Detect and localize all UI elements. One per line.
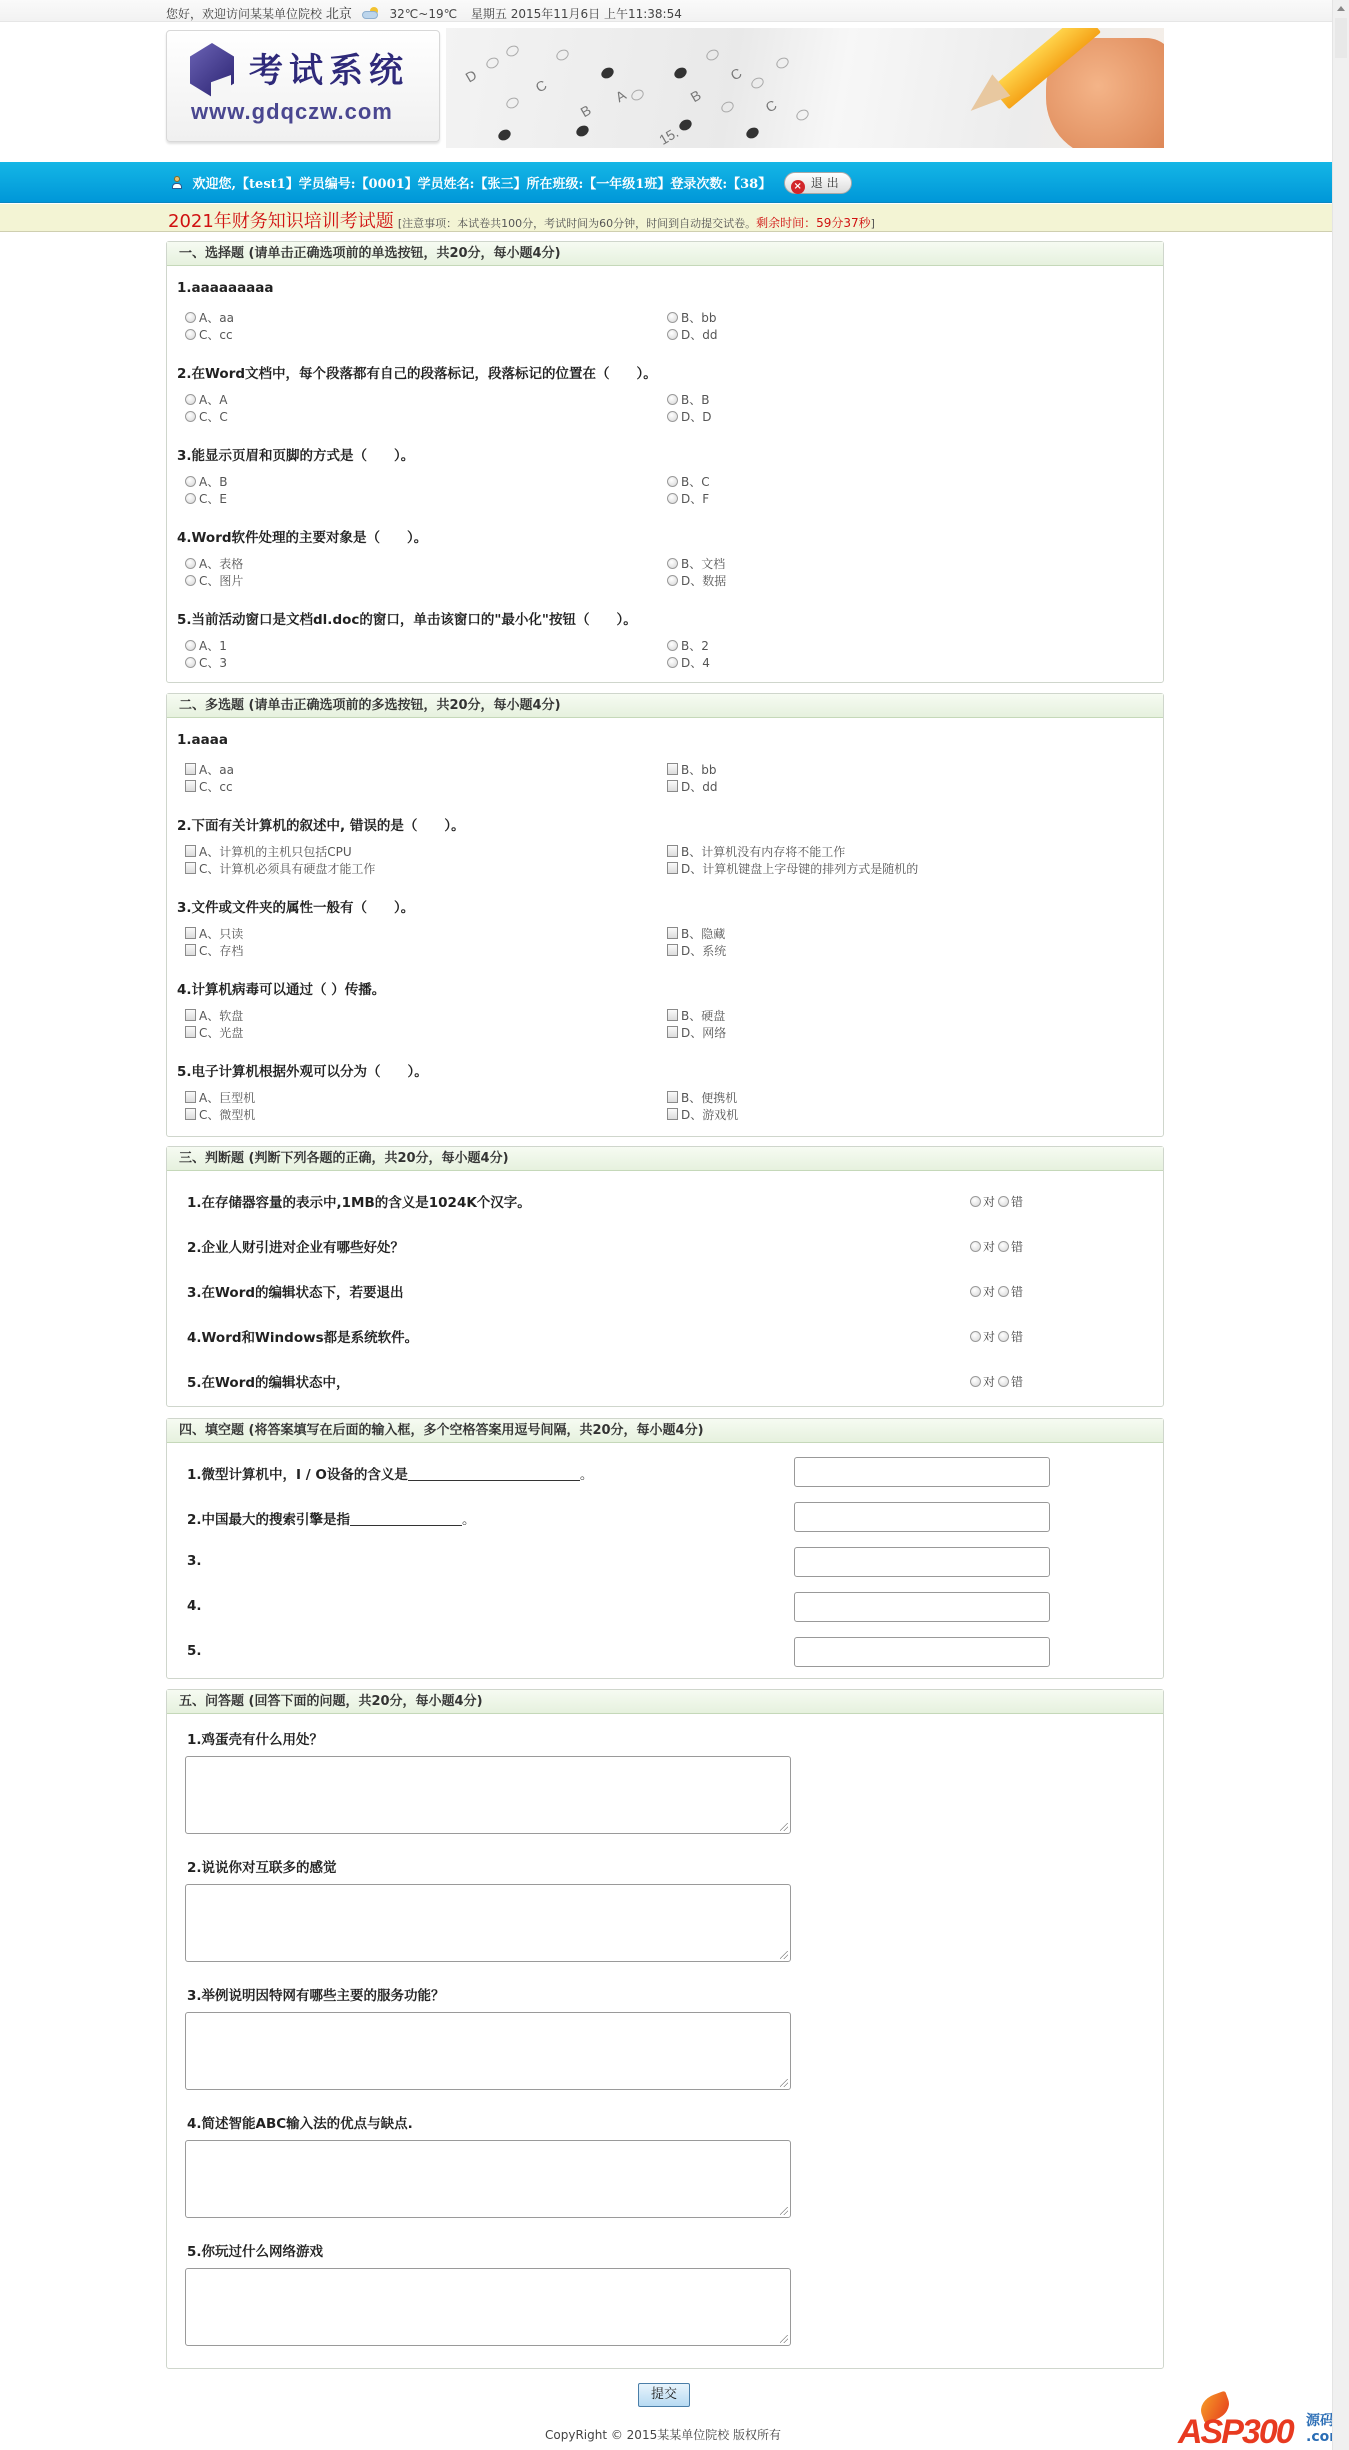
answer-option[interactable]: B、硬盘 — [667, 1008, 725, 1024]
resize-grip-icon[interactable] — [780, 2079, 788, 2087]
radio-button[interactable] — [667, 640, 678, 651]
answer-option[interactable]: B、便携机 — [667, 1090, 737, 1106]
true-label: 对 — [983, 1330, 995, 1344]
question-text: 4.Word和Windows都是系统软件。 — [187, 1326, 418, 1346]
question-text: 2.说说你对互联多的感觉 — [187, 1856, 337, 1876]
radio-button[interactable] — [667, 657, 678, 668]
radio-button[interactable] — [185, 558, 196, 569]
answer-option[interactable]: A、A — [185, 392, 227, 408]
option-label: A、aa — [199, 311, 234, 325]
option-label: B、计算机没有内存将不能工作 — [681, 845, 845, 859]
answer-option[interactable]: A、aa — [185, 310, 234, 326]
section-header: 四、填空题 (将答案填写在后面的输入框，多个空格答案用逗号间隔，共20分，每小题… — [167, 1419, 1163, 1443]
resize-grip-icon[interactable] — [780, 1823, 788, 1831]
section-header: 二、多选题 (请单击正确选项前的多选按钮，共20分，每小题4分) — [167, 694, 1163, 718]
answer-option[interactable]: C、3 — [185, 655, 227, 671]
checkbox[interactable] — [667, 1009, 678, 1021]
option-label: C、cc — [199, 780, 233, 794]
radio-button[interactable] — [185, 493, 196, 504]
answer-option[interactable]: C、图片 — [185, 573, 243, 589]
radio-button[interactable] — [667, 493, 678, 504]
blank-underline — [408, 1467, 580, 1481]
false-label: 错 — [1011, 1240, 1023, 1254]
section-header: 三、判断题 (判断下列各题的正确，共20分，每小题4分) — [167, 1147, 1163, 1171]
option-label: D、计算机键盘上字母键的排列方式是随机的 — [681, 862, 918, 876]
logo-title: 考试系统 — [249, 43, 409, 92]
submit-button[interactable]: 提交 — [638, 2383, 690, 2407]
answer-option[interactable]: B、计算机没有内存将不能工作 — [667, 844, 845, 860]
checkbox[interactable] — [667, 763, 678, 775]
answer-option[interactable]: A、只读 — [185, 926, 243, 942]
temperature-text: 32℃~19℃ — [390, 7, 458, 21]
answer-input[interactable] — [794, 1457, 1050, 1487]
true-false-choice: 对错 — [970, 1328, 1026, 1345]
checkbox[interactable] — [185, 927, 196, 939]
option-label: B、硬盘 — [681, 1009, 725, 1023]
answer-option[interactable]: A、软盘 — [185, 1008, 243, 1024]
false-label: 错 — [1011, 1285, 1023, 1299]
option-label: D、系统 — [681, 944, 726, 958]
answer-option[interactable]: A、B — [185, 474, 227, 490]
question-text: 2.企业人财引进对企业有哪些好处？ — [187, 1236, 404, 1256]
question-text: 1.aaaa — [177, 732, 228, 748]
radio-button[interactable] — [185, 312, 196, 323]
checkbox[interactable] — [185, 1009, 196, 1021]
single-choice-section: 一、选择题 (请单击正确选项前的单选按钮，共20分，每小题4分) 1.aaaaa… — [166, 241, 1164, 683]
vertical-scrollbar[interactable] — [1332, 0, 1349, 2450]
radio-button[interactable] — [185, 394, 196, 405]
scroll-up-arrow-icon[interactable] — [1337, 6, 1345, 11]
city-text: 北京 — [326, 7, 352, 22]
answer-option[interactable]: C、cc — [185, 779, 233, 795]
site-logo: 考试系统 www.gdqczw.com — [166, 30, 440, 142]
option-label: C、图片 — [199, 574, 243, 588]
option-label: D、F — [681, 492, 709, 506]
exam-title: 2021年财务知识培训考试题 — [168, 211, 394, 232]
option-label: D、dd — [681, 780, 717, 794]
option-label: B、bb — [681, 763, 716, 777]
user-info-text: 欢迎您,【test1】学员编号:【0001】学员姓名:【张三】所在班级:【一年级… — [193, 177, 772, 192]
checkbox[interactable] — [667, 1091, 678, 1103]
true-radio-button[interactable] — [970, 1331, 981, 1342]
radio-button[interactable] — [185, 575, 196, 586]
copyright-text: CopyRight © 2015某某单位院校 版权所有 — [545, 2426, 781, 2443]
question-text: 3.在Word的编辑状态下，若要退出 — [187, 1281, 404, 1301]
radio-button[interactable] — [667, 394, 678, 405]
answer-option[interactable]: D、D — [667, 409, 711, 425]
option-label: B、隐藏 — [681, 927, 725, 941]
close-circle-icon: × — [791, 180, 805, 194]
true-false-choice: 对错 — [970, 1283, 1026, 1300]
option-label: A、1 — [199, 639, 227, 653]
remaining-time: 剩余时间：59分37秒 — [756, 216, 871, 230]
radio-button[interactable] — [667, 312, 678, 323]
checkbox[interactable] — [667, 780, 678, 792]
answer-option[interactable]: A、计算机的主机只包括CPU — [185, 844, 352, 860]
checkbox[interactable] — [667, 944, 678, 956]
question-text: 1.微型计算机中，I / O设备的含义是。 — [187, 1463, 593, 1483]
answer-textarea[interactable] — [185, 2268, 791, 2346]
user-info-bar: 欢迎您,【test1】学员编号:【0001】学员姓名:【张三】所在班级:【一年级… — [0, 162, 1332, 203]
answer-option[interactable]: D、4 — [667, 655, 710, 671]
true-label: 对 — [983, 1375, 995, 1389]
true-label: 对 — [983, 1195, 995, 1209]
true-false-choice: 对错 — [970, 1193, 1026, 1210]
answer-input[interactable] — [794, 1637, 1050, 1667]
answer-input[interactable] — [794, 1547, 1050, 1577]
question-text: 4. — [187, 1598, 202, 1614]
false-radio-button[interactable] — [998, 1196, 1009, 1207]
option-label: A、软盘 — [199, 1009, 243, 1023]
question-text: 4.计算机病毒可以通过（ ）传播。 — [177, 978, 385, 998]
answer-option[interactable]: B、bb — [667, 762, 716, 778]
question-text: 4.Word软件处理的主要对象是（ ）。 — [177, 526, 427, 546]
checkbox[interactable] — [667, 1026, 678, 1038]
true-false-choice: 对错 — [970, 1238, 1026, 1255]
option-label: C、微型机 — [199, 1108, 255, 1122]
checkbox[interactable] — [185, 780, 196, 792]
asp300-watermark-logo: ASP300 源码.com — [1178, 2395, 1338, 2450]
answer-option[interactable]: B、B — [667, 392, 709, 408]
option-label: A、aa — [199, 763, 234, 777]
answer-option[interactable]: B、2 — [667, 638, 709, 654]
true-label: 对 — [983, 1240, 995, 1254]
option-label: A、表格 — [199, 557, 243, 571]
option-label: C、光盘 — [199, 1026, 243, 1040]
answer-option[interactable]: C、E — [185, 491, 227, 507]
question-text: 1.aaaaaaaaa — [177, 280, 274, 296]
answer-option[interactable]: C、C — [185, 409, 228, 425]
section-header: 五、问答题 (回答下面的问题，共20分，每小题4分) — [167, 1690, 1163, 1714]
option-label: B、2 — [681, 639, 709, 653]
option-label: A、A — [199, 393, 227, 407]
question-text: 3.文件或文件夹的属性一般有（ ）。 — [177, 896, 414, 916]
checkbox[interactable] — [185, 862, 196, 874]
option-label: C、E — [199, 492, 227, 506]
false-label: 错 — [1011, 1330, 1023, 1344]
option-label: A、B — [199, 475, 227, 489]
option-label: B、C — [681, 475, 710, 489]
false-radio-button[interactable] — [998, 1241, 1009, 1252]
option-label: D、游戏机 — [681, 1108, 738, 1122]
question-text: 1.在存储器容量的表示中,1MB的含义是1024K个汉字。 — [187, 1191, 531, 1211]
header-banner: 考试系统 www.gdqczw.com DC BA 15.B CC — [166, 28, 1164, 148]
answer-sheet-banner-image: DC BA 15.B CC — [446, 28, 1164, 148]
fill-blank-section: 四、填空题 (将答案填写在后面的输入框，多个空格答案用逗号间隔，共20分，每小题… — [166, 1418, 1164, 1679]
question-text: 3.能显示页眉和页脚的方式是（ ）。 — [177, 444, 414, 464]
logo-url: www.gdqczw.com — [191, 99, 393, 125]
question-text: 4.简述智能ABC输入法的优点与缺点. — [187, 2112, 413, 2132]
answer-option[interactable]: D、数据 — [667, 573, 726, 589]
option-label: B、B — [681, 393, 709, 407]
multi-choice-section: 二、多选题 (请单击正确选项前的多选按钮，共20分，每小题4分) 1.aaaaA… — [166, 693, 1164, 1137]
true-false-choice: 对错 — [970, 1373, 1026, 1390]
question-text: 2.下面有关计算机的叙述中, 错误的是（ ）。 — [177, 814, 465, 834]
true-radio-button[interactable] — [970, 1286, 981, 1297]
top-info-strip: 您好，欢迎访问某某单位院校 北京 32℃~19℃ 星期五 2015年11月6日 … — [0, 0, 1332, 22]
question-text: 5.当前活动窗口是文档dl.doc的窗口，单击该窗口的"最小化"按钮（ ）。 — [177, 608, 637, 628]
answer-option[interactable]: B、文档 — [667, 556, 725, 572]
option-label: C、C — [199, 410, 228, 424]
option-label: D、网络 — [681, 1026, 726, 1040]
option-label: B、便携机 — [681, 1091, 737, 1105]
option-label: C、计算机必须具有硬盘才能工作 — [199, 862, 375, 876]
logout-label: 退 出 — [811, 176, 839, 190]
checkbox[interactable] — [185, 763, 196, 775]
scroll-thumb[interactable] — [1335, 18, 1347, 58]
answer-option[interactable]: D、游戏机 — [667, 1107, 738, 1123]
radio-button[interactable] — [185, 411, 196, 422]
answer-option[interactable]: D、dd — [667, 779, 717, 795]
radio-button[interactable] — [667, 476, 678, 487]
answer-option[interactable]: A、巨型机 — [185, 1090, 255, 1106]
greeting-text: 您好，欢迎访问某某单位院校 — [166, 7, 322, 21]
radio-button[interactable] — [185, 476, 196, 487]
answer-option[interactable]: C、光盘 — [185, 1025, 243, 1041]
radio-button[interactable] — [667, 575, 678, 586]
checkbox[interactable] — [185, 845, 196, 857]
answer-textarea[interactable] — [185, 2140, 791, 2218]
exam-page: 您好，欢迎访问某某单位院校 北京 32℃~19℃ 星期五 2015年11月6日 … — [0, 0, 1332, 2450]
answer-option[interactable]: D、系统 — [667, 943, 726, 959]
radio-button[interactable] — [667, 411, 678, 422]
partly-cloudy-icon — [362, 7, 380, 20]
option-label: D、4 — [681, 656, 710, 670]
option-label: D、数据 — [681, 574, 726, 588]
answer-option[interactable]: C、存档 — [185, 943, 243, 959]
answer-textarea[interactable] — [185, 1756, 791, 1834]
radio-button[interactable] — [667, 558, 678, 569]
question-text: 3. — [187, 1553, 202, 1569]
question-text: 1.鸡蛋壳有什么用处？ — [187, 1728, 323, 1748]
option-label: C、cc — [199, 328, 233, 342]
option-label: C、3 — [199, 656, 227, 670]
answer-option[interactable]: D、计算机键盘上字母键的排列方式是随机的 — [667, 861, 918, 877]
true-false-section: 三、判断题 (判断下列各题的正确，共20分，每小题4分) 1.在存储器容量的表示… — [166, 1146, 1164, 1407]
exam-title-bar: 2021年财务知识培训考试题[注意事项：本试卷共100分，考试时间为60分钟，时… — [0, 204, 1332, 232]
answer-option[interactable]: B、C — [667, 474, 710, 490]
question-text: 2.中国最大的搜索引擎是指。 — [187, 1508, 476, 1528]
question-text: 5.你玩过什么网络游戏 — [187, 2240, 323, 2260]
answer-option[interactable]: C、计算机必须具有硬盘才能工作 — [185, 861, 375, 877]
answer-textarea[interactable] — [185, 2012, 791, 2090]
false-label: 错 — [1011, 1195, 1023, 1209]
radio-button[interactable] — [185, 329, 196, 340]
question-text: 5.电子计算机根据外观可以分为（ ）。 — [177, 1060, 428, 1080]
question-text: 2.在Word文档中，每个段落都有自己的段落标记，段落标记的位置在（ ）。 — [177, 362, 657, 382]
section-header: 一、选择题 (请单击正确选项前的单选按钮，共20分，每小题4分) — [167, 242, 1163, 266]
logout-button[interactable]: ×退 出 — [784, 172, 852, 194]
answer-option[interactable]: A、1 — [185, 638, 227, 654]
checkbox[interactable] — [667, 1108, 678, 1120]
checkbox[interactable] — [185, 1026, 196, 1038]
option-label: B、bb — [681, 311, 716, 325]
checkbox[interactable] — [667, 862, 678, 874]
option-label: B、文档 — [681, 557, 725, 571]
answer-option[interactable]: C、微型机 — [185, 1107, 255, 1123]
checkbox[interactable] — [185, 1091, 196, 1103]
false-radio-button[interactable] — [998, 1331, 1009, 1342]
true-label: 对 — [983, 1285, 995, 1299]
user-icon — [172, 176, 182, 189]
question-text: 3.举例说明因特网有哪些主要的服务功能？ — [187, 1984, 445, 2004]
answer-input[interactable] — [794, 1592, 1050, 1622]
answer-option[interactable]: A、aa — [185, 762, 234, 778]
answer-option[interactable]: D、网络 — [667, 1025, 726, 1041]
answer-option[interactable]: C、cc — [185, 327, 233, 343]
false-radio-button[interactable] — [998, 1376, 1009, 1387]
radio-button[interactable] — [185, 657, 196, 668]
resize-grip-icon[interactable] — [780, 2335, 788, 2343]
checkbox[interactable] — [185, 944, 196, 956]
answer-option[interactable]: D、F — [667, 491, 709, 507]
true-radio-button[interactable] — [970, 1196, 981, 1207]
blank-underline — [350, 1512, 462, 1526]
answer-textarea[interactable] — [185, 1884, 791, 1962]
option-label: C、存档 — [199, 944, 243, 958]
exam-notice: [注意事项：本试卷共100分，考试时间为60分钟，时间到自动提交试卷。剩余时间：… — [398, 217, 875, 230]
resize-grip-icon[interactable] — [780, 2207, 788, 2215]
answer-option[interactable]: D、dd — [667, 327, 717, 343]
resize-grip-icon[interactable] — [780, 1951, 788, 1959]
checkbox[interactable] — [185, 1108, 196, 1120]
option-label: A、只读 — [199, 927, 243, 941]
answer-input[interactable] — [794, 1502, 1050, 1532]
option-label: A、巨型机 — [199, 1091, 255, 1105]
answer-option[interactable]: B、bb — [667, 310, 716, 326]
radio-button[interactable] — [185, 640, 196, 651]
option-label: D、dd — [681, 328, 717, 342]
radio-button[interactable] — [667, 329, 678, 340]
checkbox[interactable] — [667, 845, 678, 857]
false-radio-button[interactable] — [998, 1286, 1009, 1297]
datetime-text: 星期五 2015年11月6日 上午11:38:54 — [471, 7, 682, 21]
true-radio-button[interactable] — [970, 1241, 981, 1252]
essay-section: 五、问答题 (回答下面的问题，共20分，每小题4分) 1.鸡蛋壳有什么用处？2.… — [166, 1689, 1164, 2369]
option-label: A、计算机的主机只包括CPU — [199, 845, 352, 859]
option-label: D、D — [681, 410, 711, 424]
false-label: 错 — [1011, 1375, 1023, 1389]
true-radio-button[interactable] — [970, 1376, 981, 1387]
checkbox[interactable] — [667, 927, 678, 939]
answer-option[interactable]: A、表格 — [185, 556, 243, 572]
question-text: 5. — [187, 1643, 202, 1659]
question-text: 5.在Word的编辑状态中， — [187, 1371, 350, 1391]
answer-option[interactable]: B、隐藏 — [667, 926, 725, 942]
